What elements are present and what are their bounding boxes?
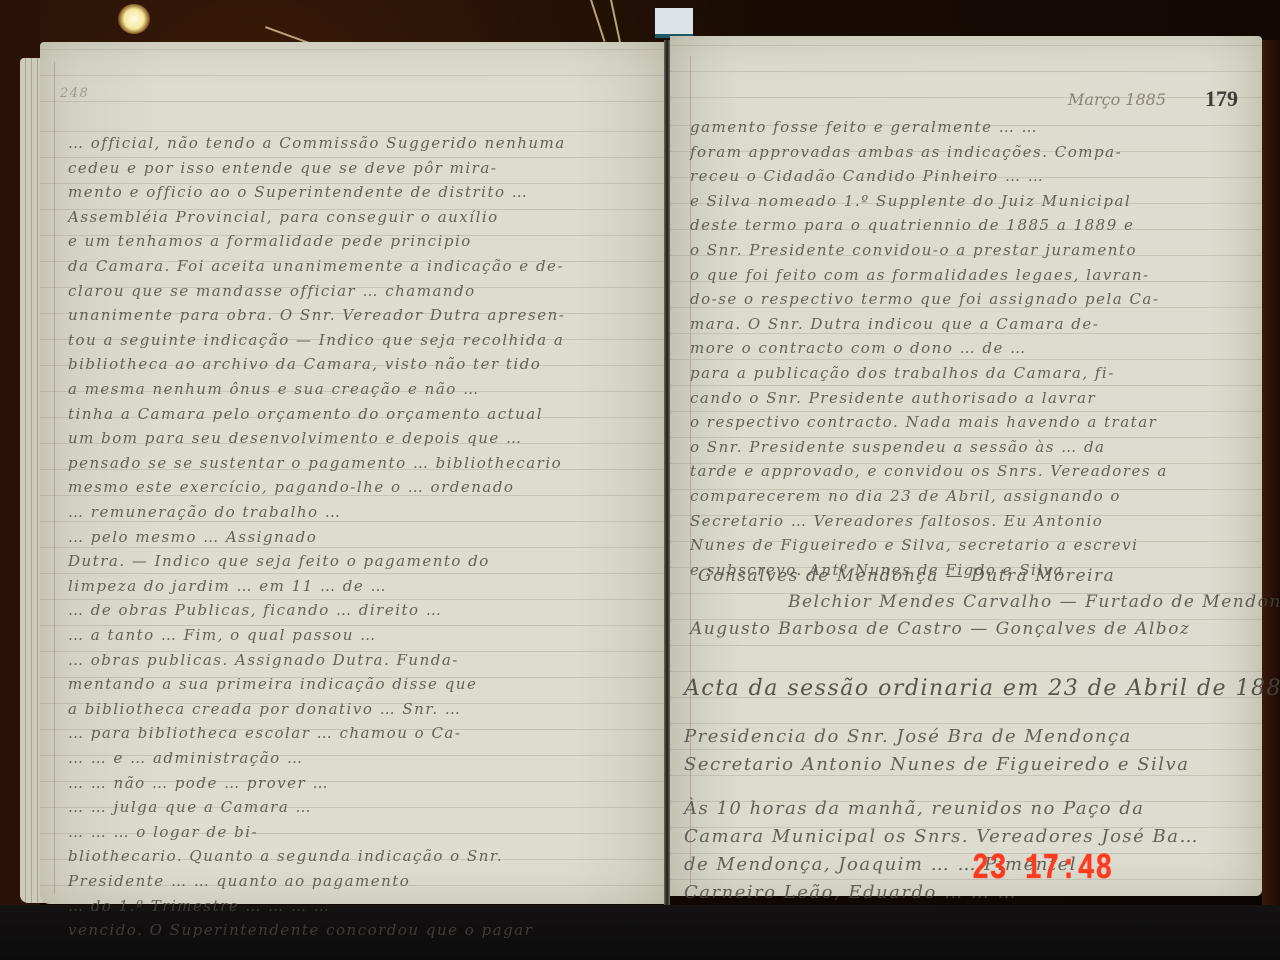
- handwritten-line: do-se o respectivo termo que foi assigna…: [690, 290, 1159, 308]
- handwritten-line: Secretario … Vereadores faltosos. Eu Ant…: [690, 512, 1103, 530]
- handwritten-line: um bom para seu desenvolvimento e depois…: [68, 429, 523, 447]
- opening-line: Às 10 horas da manhã, reunidos no Paço d…: [684, 798, 1145, 819]
- handwritten-line: foram approvadas ambas as indicações. Co…: [690, 143, 1122, 161]
- handwritten-line: … de obras Publicas, ficando … direito …: [68, 601, 442, 619]
- straw-stick: [590, 0, 605, 42]
- handwritten-line: tou a seguinte indicação — Indico que se…: [68, 331, 564, 349]
- handwritten-line: limpeza do jardim … em 11 … de …: [68, 577, 387, 595]
- right-page: Março 1885 179 gamento fosse feito e ger…: [670, 36, 1262, 896]
- handwritten-line: … pelo mesmo … Assignado: [68, 528, 317, 546]
- handwritten-line: e um tenhamos a formalidade pede princip…: [68, 232, 472, 250]
- signature-line: Gonsalves de Mendonça — Dutra Moreira: [698, 566, 1115, 586]
- handwritten-line: mentando a sua primeira indicação disse …: [68, 675, 477, 693]
- opening-line: Camara Municipal os Snrs. Vereadores Jos…: [684, 826, 1199, 847]
- handwritten-line: clarou que se mandasse officiar … chaman…: [68, 282, 476, 300]
- presidency-line: Presidencia do Snr. José Bra de Mendonça: [684, 726, 1132, 747]
- handwritten-line: Nunes de Figueiredo e Silva, secretario …: [690, 536, 1138, 554]
- handwritten-line: mara. O Snr. Dutra indicou que a Camara …: [690, 315, 1099, 333]
- bookmark-tag: [655, 8, 693, 38]
- signature-line: Augusto Barbosa de Castro — Gonçalves de…: [690, 619, 1190, 639]
- handwritten-line: o que foi feito com as formalidades lega…: [690, 266, 1150, 284]
- handwritten-line: para a publicação dos trabalhos da Camar…: [690, 364, 1115, 382]
- straw-stick: [610, 0, 621, 43]
- page-number: 179: [1205, 86, 1238, 112]
- camera-timestamp: 23 17:48: [972, 848, 1113, 889]
- handwritten-line: cedeu e por isso entende que se deve pôr…: [68, 159, 497, 177]
- section-title: Acta da sessão ordinaria em 23 de Abril …: [684, 676, 1280, 701]
- handwritten-line: … … e … administração …: [68, 749, 303, 767]
- handwritten-line: Dutra. — Indico que seja feito o pagamen…: [68, 552, 490, 570]
- handwritten-line: cando o Snr. Presidente authorisado a la…: [690, 389, 1096, 407]
- signature-line: Belchior Mendes Carvalho — Furtado de Me…: [788, 592, 1280, 612]
- handwritten-line: tinha a Camara pelo orçamento do orçamen…: [68, 405, 543, 423]
- handwritten-line: … para bibliotheca escolar … chamou o Ca…: [68, 724, 461, 742]
- handwritten-line: bibliotheca ao archivo da Camara, visto …: [68, 355, 541, 373]
- handwritten-line: vencido. O Superintendente concordou que…: [68, 921, 533, 939]
- opening-line: Carneiro Leão, Eduardo … … …: [684, 882, 1017, 903]
- handwritten-line: pensado se se sustentar o pagamento … bi…: [68, 454, 562, 472]
- handwritten-line: bliothecario. Quanto a segunda indicação…: [68, 847, 503, 865]
- handwritten-line: Assembléia Provincial, para conseguir o …: [68, 208, 499, 226]
- handwritten-line: da Camara. Foi aceita unanimemente a ind…: [68, 257, 564, 275]
- handwritten-line: mesmo este exercício, pagando-lhe o … or…: [68, 478, 514, 496]
- lamp-light: [118, 4, 150, 34]
- corner-note: 248: [60, 86, 89, 101]
- handwritten-line: o Snr. Presidente convidou-o a prestar j…: [690, 241, 1137, 259]
- handwritten-line: Presidente … … quanto ao pagamento: [68, 872, 410, 890]
- handwritten-line: e Silva nomeado 1.º Supplente do Juiz Mu…: [690, 192, 1131, 210]
- secretary-line: Secretario Antonio Nunes de Figueiredo e…: [684, 754, 1189, 775]
- handwritten-line: deste termo para o quatriennio de 1885 a…: [690, 216, 1134, 234]
- handwritten-line: unanimente para obra. O Snr. Vereador Du…: [68, 306, 565, 324]
- handwritten-line: … official, não tendo a Commissão Sugger…: [68, 134, 566, 152]
- handwritten-line: … obras publicas. Assignado Dutra. Funda…: [68, 651, 459, 669]
- handwritten-line: receu o Cidadão Candido Pinheiro … …: [690, 167, 1044, 185]
- handwritten-line: a bibliotheca creada por donativo … Snr.…: [68, 700, 461, 718]
- handwritten-line: tarde e approvado, e convidou os Snrs. V…: [690, 462, 1168, 480]
- handwritten-line: o Snr. Presidente suspendeu a sessão às …: [690, 438, 1106, 456]
- margin-line: [54, 62, 55, 894]
- handwritten-line: … do 1.º Trimestre … … … …: [68, 897, 330, 915]
- handwritten-line: … a tanto … Fim, o qual passou …: [68, 626, 377, 644]
- book-cover-edge: [1262, 40, 1280, 905]
- handwritten-line: o respectivo contracto. Nada mais havend…: [690, 413, 1157, 431]
- handwritten-line: … … julga que a Camara …: [68, 798, 312, 816]
- page-header-note: Março 1885: [1068, 90, 1166, 109]
- handwritten-line: comparecerem no dia 23 de Abril, assigna…: [690, 487, 1121, 505]
- handwritten-line: mento e officio ao o Superintendente de …: [68, 183, 528, 201]
- handwritten-line: a mesma nenhum ônus e sua creação e não …: [68, 380, 480, 398]
- handwritten-line: … remuneração do trabalho …: [68, 503, 341, 521]
- handwritten-line: … … não … pode … prover …: [68, 774, 329, 792]
- left-page: 248 … official, não tendo a Commissão Su…: [40, 42, 665, 904]
- handwritten-line: gamento fosse feito e geralmente … …: [690, 118, 1038, 136]
- handwritten-line: … … … o logar de bi-: [68, 823, 258, 841]
- handwritten-line: more o contracto com o dono … de …: [690, 339, 1027, 357]
